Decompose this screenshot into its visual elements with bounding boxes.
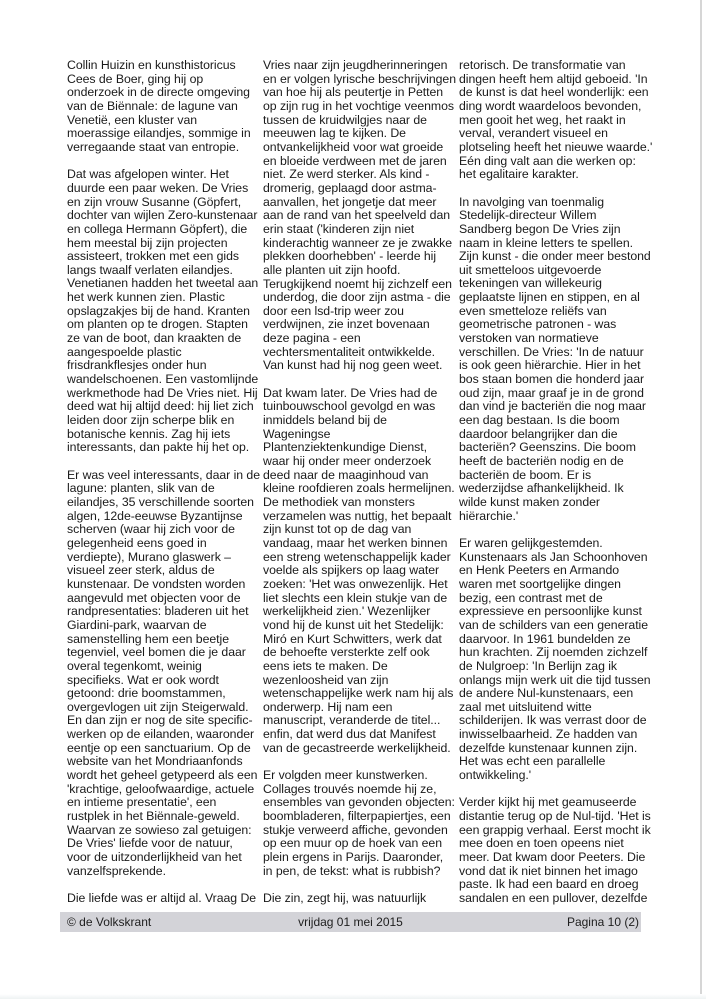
paragraph: retorisch. De transformatie van dingen h… [459, 59, 659, 182]
paragraph: Verder kijkt hij met geamuseerde distant… [459, 796, 659, 905]
paragraph: Er waren gelijkgestemden. Kunstenaars al… [459, 537, 659, 783]
paragraph: Collin Huizin en kunsthistoricus Cees de… [67, 59, 263, 155]
paragraph: Die zin, zegt hij, was natuurlijk [263, 892, 459, 906]
page-footer: vrijdag 01 mei 2015 © de Volkskrant Pagi… [60, 912, 641, 932]
article-column-3: retorisch. De transformatie van dingen h… [459, 59, 659, 906]
paragraph: Er volgden meer kunstwerken. Collages tr… [263, 769, 459, 878]
article-column-1: Collin Huizin en kunsthistoricus Cees de… [67, 59, 263, 906]
footer-copyright: © de Volkskrant [67, 915, 151, 929]
page-edge-divider [700, 0, 702, 999]
paragraph: In navolging van toenmalig Stedelijk-dir… [459, 196, 659, 524]
page-bottom-edge [0, 994, 706, 999]
paragraph: Dat was afgelopen winter. Het duurde een… [67, 168, 263, 455]
article-body: Collin Huizin en kunsthistoricus Cees de… [67, 59, 667, 904]
paragraph: Er was veel interessants, daar in de lag… [67, 469, 263, 879]
footer-page-number: Pagina 10 (2) [567, 915, 639, 929]
paragraph: Vries naar zijn jeugdherinneringen en er… [263, 59, 459, 373]
article-column-2: Vries naar zijn jeugdherinneringen en er… [263, 59, 459, 906]
paragraph: Die liefde was er altijd al. Vraag De [67, 892, 263, 906]
paragraph: Dat kwam later. De Vries had de tuinbouw… [263, 387, 459, 756]
